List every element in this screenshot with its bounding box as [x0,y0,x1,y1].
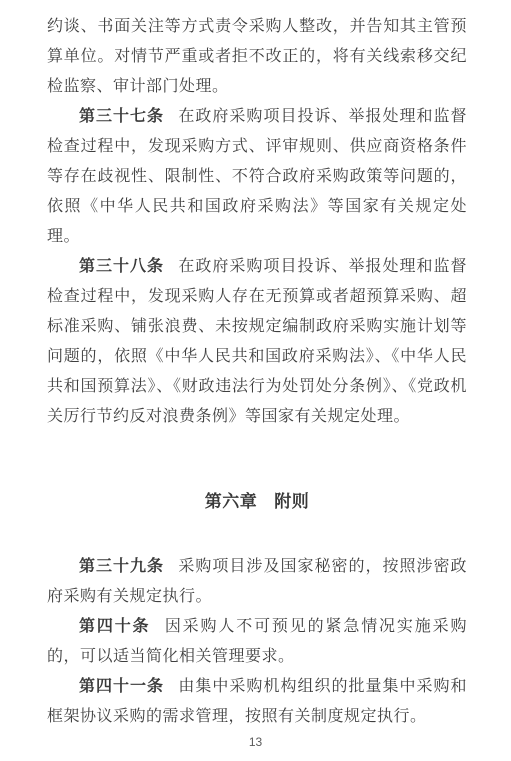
article-number: 第四十条 [79,618,150,635]
intro-paragraph: 约谈、书面关注等方式责令采购人整改，并告知其主管预算单位。对情节严重或者拒不改正… [47,12,467,102]
article-number: 第三十八条 [79,258,164,275]
intro-paragraph-text: 约谈、书面关注等方式责令采购人整改，并告知其主管预算单位。对情节严重或者拒不改正… [47,18,467,95]
article-paragraph: 第三十八条在政府采购项目投诉、举报处理和监督检查过程中，发现采购人存在无预算或者… [47,252,467,432]
chapter-heading: 第六章附则 [47,487,467,517]
document-content: 约谈、书面关注等方式责令采购人整改，并告知其主管预算单位。对情节严重或者拒不改正… [0,0,511,732]
chapter-number: 第六章 [205,492,258,511]
document-page: 约谈、书面关注等方式责令采购人整改，并告知其主管预算单位。对情节严重或者拒不改正… [0,0,511,761]
article-number: 第三十九条 [79,558,164,575]
article-text: 在政府采购项目投诉、举报处理和监督检查过程中，发现采购方式、评审规则、供应商资格… [47,108,467,245]
article-number: 第三十七条 [79,108,164,125]
article-text: 在政府采购项目投诉、举报处理和监督检查过程中，发现采购人存在无预算或者超预算采购… [47,258,467,425]
article-number: 第四十一条 [79,678,164,695]
article-paragraph: 第三十七条在政府采购项目投诉、举报处理和监督检查过程中，发现采购方式、评审规则、… [47,102,467,252]
article-paragraph: 第三十九条采购项目涉及国家秘密的，按照涉密政府采购有关规定执行。 [47,552,467,612]
article-paragraph: 第四十一条由集中采购机构组织的批量集中采购和框架协议采购的需求管理，按照有关制度… [47,672,467,732]
page-number: 13 [0,735,511,749]
chapter-title: 附则 [274,492,309,511]
article-paragraph: 第四十条因采购人不可预见的紧急情况实施采购的，可以适当简化相关管理要求。 [47,612,467,672]
